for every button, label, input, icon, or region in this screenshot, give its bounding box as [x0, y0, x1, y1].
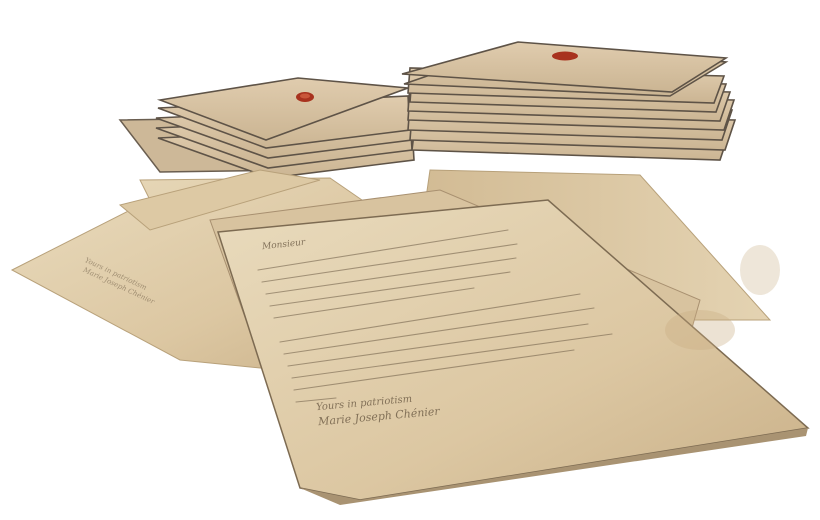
wax-seal-icon	[552, 52, 578, 61]
right-envelope-stack	[402, 42, 735, 160]
left-envelope-stack	[120, 78, 414, 178]
front-letter	[218, 200, 808, 505]
letters-and-envelopes-scene	[0, 0, 820, 520]
